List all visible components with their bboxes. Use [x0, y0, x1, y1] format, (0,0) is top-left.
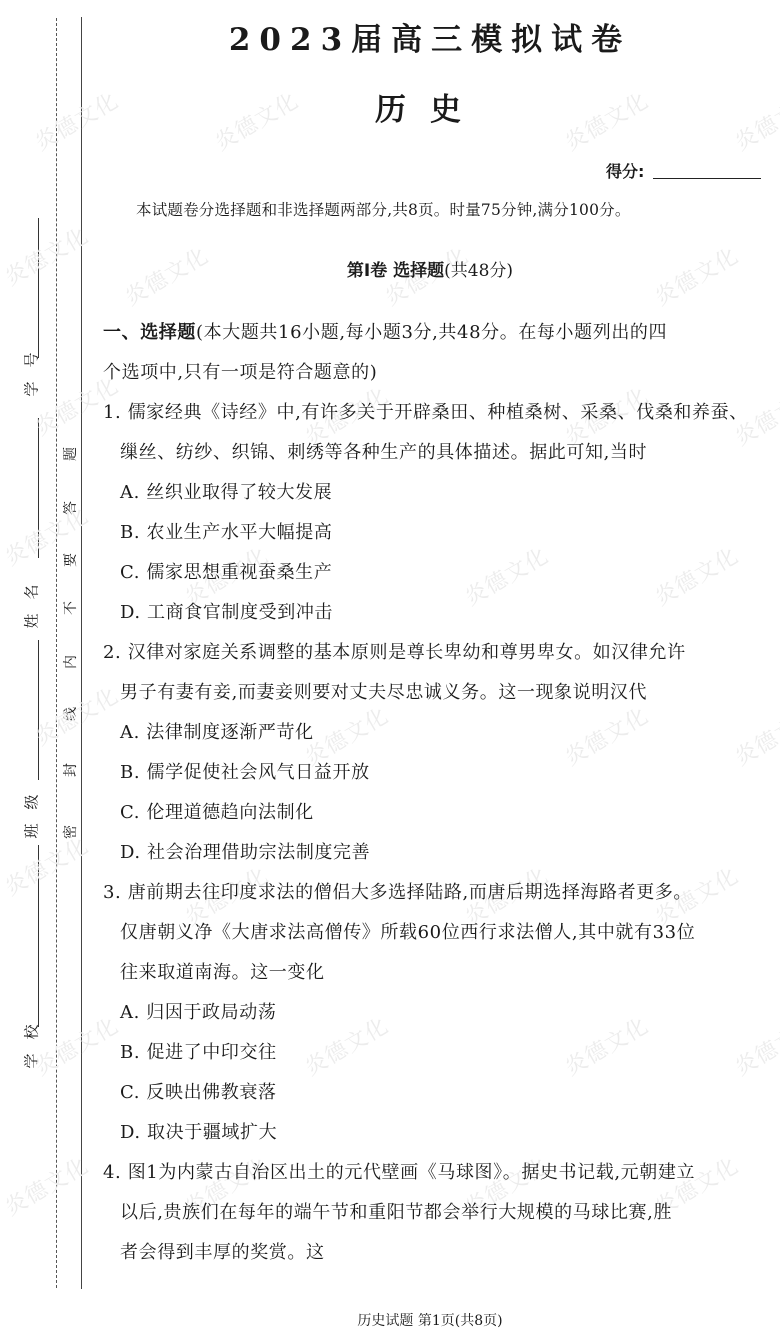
option-a[interactable]: A. 归因于政局动荡: [120, 998, 276, 1024]
option-c[interactable]: C. 儒家思想重视蚕桑生产: [120, 558, 332, 584]
field-student-id-label: 学号: [21, 371, 42, 397]
field-class-label: 班级: [21, 813, 42, 839]
watermark: 炎德文化: [0, 1149, 94, 1222]
binding-solid-line: [81, 17, 82, 1289]
question-stem: 缫丝、纺纱、织锦、刺绣等各种生产的具体描述。据此可知,当时: [120, 438, 647, 464]
option-b[interactable]: B. 农业生产水平大幅提高: [120, 518, 332, 544]
question-stem: 1. 儒家经典《诗经》中,有许多关于开辟桑田、种植桑树、采桑、伐桑和养蚕、: [103, 398, 748, 424]
watermark: 炎德文化: [458, 539, 553, 612]
exam-title: 2023届高三模拟试卷: [0, 14, 780, 59]
watermark: 炎德文化: [0, 829, 94, 902]
field-school-line[interactable]: [38, 845, 39, 1027]
option-a[interactable]: A. 法律制度逐渐严苛化: [120, 718, 314, 744]
option-c[interactable]: C. 伦理道德趋向法制化: [120, 798, 314, 824]
question-stem: 2. 汉律对家庭关系调整的基本原则是尊长卑幼和尊男卑女。如汉律允许: [103, 638, 686, 664]
seal-notice-char: 答: [60, 500, 80, 516]
option-c[interactable]: C. 反映出佛教衰落: [120, 1078, 277, 1104]
option-d[interactable]: D. 社会治理借助宗法制度完善: [120, 838, 370, 864]
score-label: 得分:: [606, 159, 644, 182]
part-one-heading: 一、选择题(本大题共16小题,每小题3分,共48分。在每小题列出的四: [103, 318, 667, 344]
section-heading-points: (共48分): [444, 261, 513, 281]
field-name-line[interactable]: [38, 418, 39, 558]
watermark: 炎德文化: [648, 539, 743, 612]
seal-notice-char: 线: [60, 706, 80, 722]
seal-notice-char: 内: [60, 654, 80, 670]
binding-dashed-line: [56, 18, 57, 1288]
seal-notice-char: 要: [60, 552, 80, 568]
watermark: 炎德文化: [298, 1009, 393, 1082]
option-a[interactable]: A. 丝织业取得了较大发展: [120, 478, 332, 504]
question-stem: 往来取道南海。这一变化: [120, 958, 325, 984]
option-b[interactable]: B. 促进了中印交往: [120, 1038, 277, 1064]
seal-notice-char: 不: [60, 600, 80, 616]
option-d[interactable]: D. 工商食官制度受到冲击: [120, 598, 333, 624]
question-stem: 者会得到丰厚的奖赏。这: [120, 1238, 325, 1264]
field-name-label: 姓名: [21, 603, 42, 629]
section-heading-main: 第Ⅰ卷 选择题: [347, 261, 444, 281]
seal-notice-char: 题: [60, 446, 80, 462]
question-stem: 4. 图1为内蒙古自治区出土的元代壁画《马球图》。据史书记载,元朝建立: [103, 1158, 695, 1184]
question-stem: 仅唐朝义净《大唐求法高僧传》所载60位西行求法僧人,其中就有33位: [120, 918, 695, 944]
score-field[interactable]: [653, 178, 761, 179]
section-heading: 第Ⅰ卷 选择题(共48分): [0, 256, 780, 281]
page-footer: 历史试题 第1页(共8页): [0, 1310, 780, 1330]
seal-notice-char: 封: [60, 762, 80, 778]
watermark: 炎德文化: [728, 699, 780, 772]
seal-notice-char: 密: [60, 824, 80, 840]
watermark: 炎德文化: [728, 1009, 780, 1082]
part-one-heading-desc: (本大题共16小题,每小题3分,共48分。在每小题列出的四: [196, 322, 667, 343]
option-b[interactable]: B. 儒学促使社会风气日益开放: [120, 758, 370, 784]
watermark: 炎德文化: [558, 699, 653, 772]
option-d[interactable]: D. 取决于疆域扩大: [120, 1118, 277, 1144]
subject-title: 历史: [0, 84, 780, 129]
watermark: 炎德文化: [558, 1009, 653, 1082]
field-class-line[interactable]: [38, 640, 39, 780]
exam-instructions: 本试题卷分选择题和非选择题两部分,共8页。时量75分钟,满分100分。: [136, 198, 631, 220]
field-student-id-line[interactable]: [38, 218, 39, 358]
part-one-heading-cont: 个选项中,只有一项是符合题意的): [103, 358, 377, 384]
watermark: 炎德文化: [28, 1009, 123, 1082]
question-stem: 3. 唐前期去往印度求法的僧侣大多选择陆路,而唐后期选择海路者更多。: [103, 878, 692, 904]
part-one-heading-title: 一、选择题: [103, 322, 196, 343]
field-school-label: 学校: [21, 1043, 42, 1069]
question-stem: 男子有妻有妾,而妻妾则要对丈夫尽忠诚义务。这一现象说明汉代: [120, 678, 647, 704]
question-stem: 以后,贵族们在每年的端午节和重阳节都会举行大规模的马球比赛,胜: [120, 1198, 672, 1224]
